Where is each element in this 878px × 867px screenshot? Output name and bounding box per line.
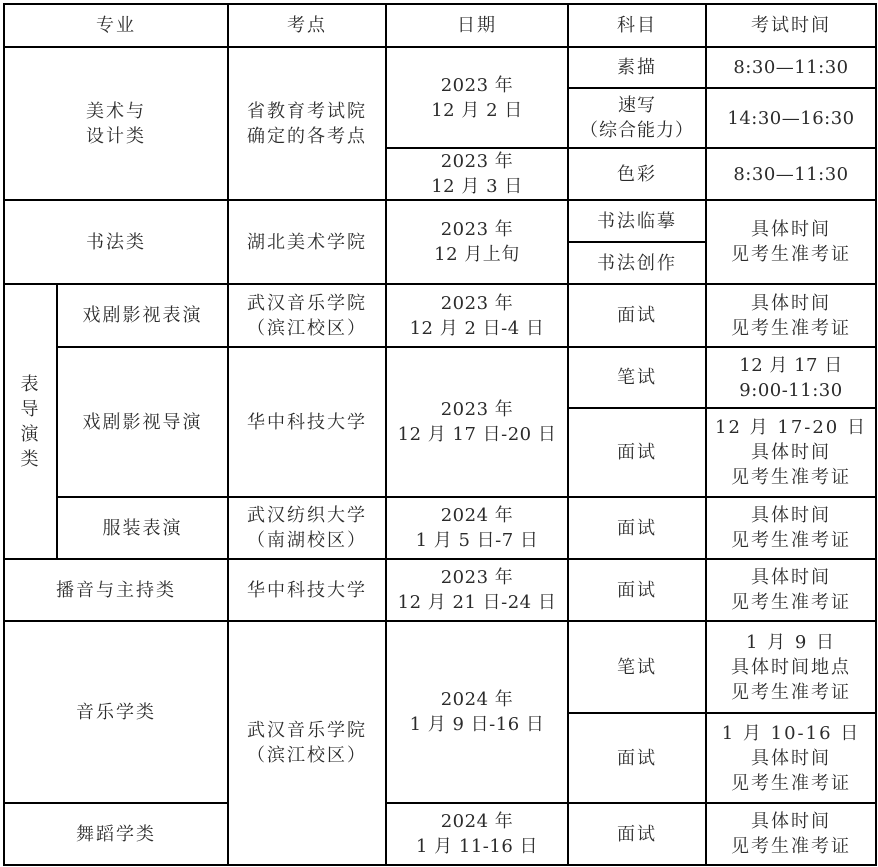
time-broadcasting: 具体时间 见考生准考证 xyxy=(706,559,876,621)
date-dance: 2024 年 1 月 11-16 日 xyxy=(386,803,568,865)
major-music: 音乐学类 xyxy=(4,621,228,803)
time-sketch: 8:30—11:30 xyxy=(706,47,876,88)
date-drama-directing: 2023 年 12 月 17 日-20 日 xyxy=(386,347,568,497)
subject-dance: 面试 xyxy=(568,803,706,865)
subject-drama-directing-written: 笔试 xyxy=(568,347,706,408)
table-row: 音乐学类 武汉音乐学院 （滨江校区） 2024 年 1 月 9 日-16 日 笔… xyxy=(4,621,876,713)
subject-sketch: 素描 xyxy=(568,47,706,88)
major-drama-directing: 戏剧影视导演 xyxy=(57,347,228,497)
subject-color: 色彩 xyxy=(568,148,706,200)
header-date: 日期 xyxy=(386,4,568,47)
date-calligraphy: 2023 年 12 月上旬 xyxy=(386,200,568,284)
date-art-design-2: 2023 年 12 月 3 日 xyxy=(386,148,568,200)
major-fashion: 服装表演 xyxy=(57,497,228,559)
time-music-interview: 1 月 10-16 日 具体时间 见考生准考证 xyxy=(706,713,876,803)
table-row: 舞蹈学类 2024 年 1 月 11-16 日 面试 具体时间 见考生准考证 xyxy=(4,803,876,865)
site-broadcasting: 华中科技大学 xyxy=(228,559,386,621)
exam-schedule-table: 专业 考点 日期 科目 考试时间 美术与 设计类 省教育考试院 确定的各考点 2… xyxy=(3,3,877,866)
table-row: 服装表演 武汉纺织大学 （南湖校区） 2024 年 1 月 5 日-7 日 面试… xyxy=(4,497,876,559)
table-row: 播音与主持类 华中科技大学 2023 年 12 月 21 日-24 日 面试 具… xyxy=(4,559,876,621)
time-music-written: 1 月 9 日 具体时间地点 见考生准考证 xyxy=(706,621,876,713)
date-fashion: 2024 年 1 月 5 日-7 日 xyxy=(386,497,568,559)
major-broadcasting: 播音与主持类 xyxy=(4,559,228,621)
time-color: 8:30—11:30 xyxy=(706,148,876,200)
date-broadcasting: 2023 年 12 月 21 日-24 日 xyxy=(386,559,568,621)
time-calligraphy: 具体时间 见考生准考证 xyxy=(706,200,876,284)
site-art-design: 省教育考试院 确定的各考点 xyxy=(228,47,386,200)
subject-fashion: 面试 xyxy=(568,497,706,559)
time-drama-directing-written: 12 月 17 日 9:00-11:30 xyxy=(706,347,876,408)
table-row: 戏剧影视导演 华中科技大学 2023 年 12 月 17 日-20 日 笔试 1… xyxy=(4,347,876,408)
subject-drama-acting: 面试 xyxy=(568,284,706,347)
table-row: 美术与 设计类 省教育考试院 确定的各考点 2023 年 12 月 2 日 素描… xyxy=(4,47,876,88)
major-drama-acting: 戏剧影视表演 xyxy=(57,284,228,347)
subject-music-interview: 面试 xyxy=(568,713,706,803)
group-performance-directing: 表 导 演 类 xyxy=(4,284,57,559)
header-site: 考点 xyxy=(228,4,386,47)
subject-calligraphy-copy: 书法临摹 xyxy=(568,200,706,242)
header-exam-time: 考试时间 xyxy=(706,4,876,47)
major-dance: 舞蹈学类 xyxy=(4,803,228,865)
header-major: 专业 xyxy=(4,4,228,47)
table-row: 书法类 湖北美术学院 2023 年 12 月上旬 书法临摹 具体时间 见考生准考… xyxy=(4,200,876,242)
time-drama-acting: 具体时间 见考生准考证 xyxy=(706,284,876,347)
time-fashion: 具体时间 见考生准考证 xyxy=(706,497,876,559)
major-calligraphy: 书法类 xyxy=(4,200,228,284)
subject-drama-directing-interview: 面试 xyxy=(568,408,706,497)
site-drama-acting: 武汉音乐学院 （滨江校区） xyxy=(228,284,386,347)
subject-quick-sketch: 速写 （综合能力） xyxy=(568,88,706,148)
date-drama-acting: 2023 年 12 月 2 日-4 日 xyxy=(386,284,568,347)
subject-broadcasting: 面试 xyxy=(568,559,706,621)
header-row: 专业 考点 日期 科目 考试时间 xyxy=(4,4,876,47)
subject-calligraphy-create: 书法创作 xyxy=(568,242,706,284)
date-art-design-1: 2023 年 12 月 2 日 xyxy=(386,47,568,148)
time-dance: 具体时间 见考生准考证 xyxy=(706,803,876,865)
site-music-dance: 武汉音乐学院 （滨江校区） xyxy=(228,621,386,865)
site-calligraphy: 湖北美术学院 xyxy=(228,200,386,284)
subject-music-written: 笔试 xyxy=(568,621,706,713)
time-quick-sketch: 14:30—16:30 xyxy=(706,88,876,148)
major-art-design: 美术与 设计类 xyxy=(4,47,228,200)
header-subject: 科目 xyxy=(568,4,706,47)
time-drama-directing-interview: 12 月 17-20 日 具体时间 见考生准考证 xyxy=(706,408,876,497)
site-drama-directing: 华中科技大学 xyxy=(228,347,386,497)
site-fashion: 武汉纺织大学 （南湖校区） xyxy=(228,497,386,559)
date-music: 2024 年 1 月 9 日-16 日 xyxy=(386,621,568,803)
table-row: 表 导 演 类 戏剧影视表演 武汉音乐学院 （滨江校区） 2023 年 12 月… xyxy=(4,284,876,347)
